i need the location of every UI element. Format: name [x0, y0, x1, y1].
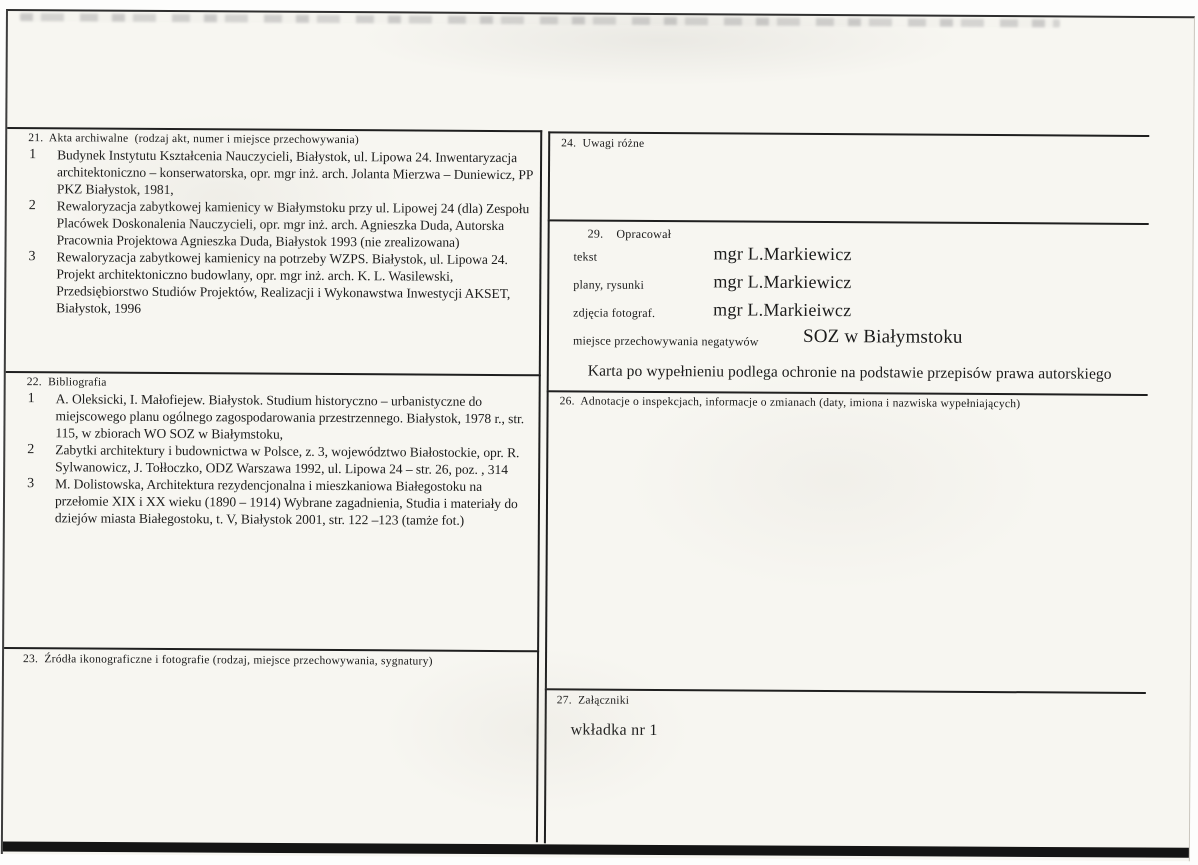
row-label: tekst: [573, 249, 597, 263]
item-number: 2: [29, 197, 57, 214]
row-value: mgr L.Markieiwcz: [713, 299, 851, 321]
list-item: 2 Zabytki architektury i budownictwa w P…: [27, 441, 533, 478]
item-text: Rewaloryzacja zabytkowej kamienicy w Bia…: [57, 197, 535, 251]
section-21-heading: 21. Akta archiwalne (rodzaj akt, numer i…: [7, 129, 540, 147]
section-22-heading: 22. Bibliografia: [6, 373, 539, 391]
author-row-miejsce-negatywow: miejsce przechowywania negatywów SOZ w B…: [573, 331, 1140, 356]
list-item: 1 A. Oleksicki, I. Małofiejew. Białystok…: [27, 390, 533, 444]
section-22-list: 1 A. Oleksicki, I. Małofiejew. Białystok…: [27, 390, 534, 529]
section-29-heading: 29. Opracował: [550, 221, 1149, 245]
attachment-entry: wkładka nr 1: [571, 721, 658, 740]
section-23-heading: 23. Źródła ikonograficzne i fotografie (…: [4, 649, 537, 668]
screenshot-root: { "sections": { "s21": { "heading": "21.…: [0, 0, 1198, 865]
section-21-akta-archiwalne: 21. Akta archiwalne (rodzaj akt, numer i…: [6, 127, 542, 374]
section-24-heading: 24. Uwagi różne: [550, 133, 1149, 153]
section-21-list: 1 Budynek Instytutu Kształcenia Nauczyci…: [28, 146, 535, 319]
list-item: 3 Rewaloryzacja zabytkowej kamienicy na …: [28, 248, 534, 319]
item-number: 3: [28, 248, 56, 265]
item-number: 1: [29, 146, 57, 163]
author-row-zdjecia-fotograf: zdjęcia fotograf. mgr L.Markieiwcz: [573, 303, 1140, 328]
list-item: 2 Rewaloryzacja zabytkowej kamienicy w B…: [29, 197, 535, 251]
section-27-heading: 27. Załączniki: [547, 690, 1146, 710]
scanned-record-card: 21. Akta archiwalne (rodzaj akt, numer i…: [1, 9, 1195, 861]
item-number: 1: [28, 390, 56, 407]
row-value: SOZ w Białymstoku: [803, 326, 963, 349]
item-number: 3: [27, 475, 55, 492]
section-22-bibliografia: 22. Bibliografia 1 A. Oleksicki, I. Mało…: [4, 371, 541, 650]
item-number: 2: [27, 441, 55, 458]
row-label: zdjęcia fotograf.: [573, 305, 655, 320]
section-24-uwagi-rozne: 24. Uwagi różne: [548, 131, 1150, 223]
row-value: mgr L.Markiewicz: [713, 243, 851, 265]
section-29-opracowal: 29. Opracował tekst mgr L.Markiewicz pla…: [547, 219, 1149, 394]
list-item: 1 Budynek Instytutu Kształcenia Nauczyci…: [29, 146, 535, 200]
author-row-plany-rysunki: plany, rysunki mgr L.Markiewicz: [573, 275, 1140, 300]
section-26-adnotacje-o-inspekcjach: 26. Adnotacje o inspekcjach, informacje …: [545, 390, 1148, 692]
list-item: 3 M. Dolistowska, Architektura rezydencj…: [27, 475, 533, 529]
row-value: mgr L.Markiewicz: [713, 271, 851, 293]
item-text: Rewaloryzacja zabytkowej kamienicy na po…: [56, 248, 534, 319]
row-label: plany, rysunki: [573, 277, 644, 291]
item-text: Budynek Instytutu Kształcenia Nauczyciel…: [57, 146, 535, 200]
item-text: M. Dolistowska, Architektura rezydencjon…: [55, 475, 533, 529]
section-23-zrodla-ikonograficzne: 23. Źródła ikonograficzne i fotografie (…: [3, 647, 539, 842]
section-27-zalaczniki: 27. Załączniki wkładka nr 1: [544, 688, 1146, 847]
row-label: miejsce przechowywania negatywów: [573, 333, 759, 348]
item-text: Zabytki architektury i budownictwa w Pol…: [55, 441, 533, 478]
page-top-bleedthrough-smudge: [20, 13, 1060, 27]
author-row-tekst: tekst mgr L.Markiewicz: [573, 247, 1140, 272]
item-text: A. Oleksicki, I. Małofiejew. Białystok. …: [55, 390, 533, 444]
copyright-protection-note: Karta po wypełnieniu podlega ochronie na…: [588, 363, 1128, 384]
section-26-heading: 26. Adnotacje o inspekcjach, informacje …: [549, 392, 1148, 411]
